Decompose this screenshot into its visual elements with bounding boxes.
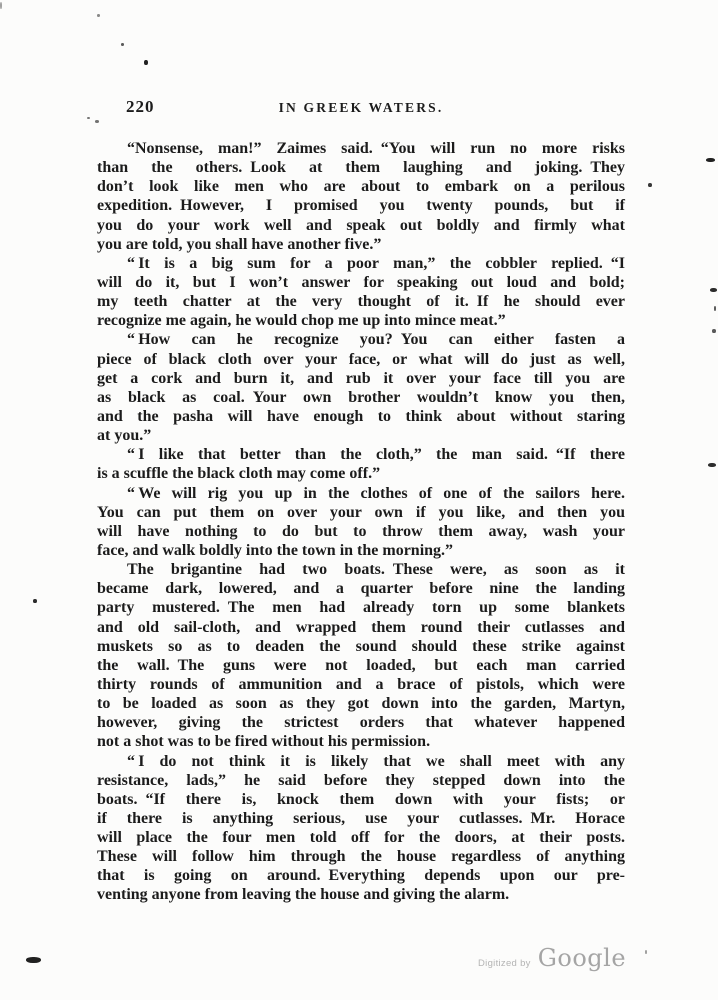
text-line: venting anyone from leaving the house an… bbox=[97, 885, 625, 904]
scan-speck bbox=[0, 2, 2, 9]
text-line: will place the four men told off for the… bbox=[97, 828, 625, 847]
text-line: if there is anything serious, use your c… bbox=[97, 809, 625, 828]
text-line: not a shot was to be fired without his p… bbox=[97, 732, 625, 751]
text-line: as black as coal. Your own brother would… bbox=[97, 388, 625, 407]
text-line: became dark, lowered, and a quarter befo… bbox=[97, 579, 625, 598]
text-line: will have nothing to do but to throw the… bbox=[97, 522, 625, 541]
text-line: These will follow him through the house … bbox=[97, 847, 625, 866]
text-line: will do it, but I won’t answer for speak… bbox=[97, 273, 625, 292]
running-title: IN GREEK WATERS. bbox=[97, 100, 625, 116]
scan-speck bbox=[121, 43, 124, 46]
text-line: you are told, you shall have another fiv… bbox=[97, 235, 625, 254]
text-line: at you.” bbox=[97, 426, 625, 445]
text-line: “ We will rig you up in the clothes of o… bbox=[97, 484, 625, 503]
text-line: is a scuffle the black cloth may come of… bbox=[97, 464, 625, 483]
text-line: and old sail-cloth, and wrapped them rou… bbox=[97, 618, 625, 637]
text-line: to be loaded as soon as they got down in… bbox=[97, 694, 625, 713]
page-text: “Nonsense, man!” Zaimes said. “You will … bbox=[97, 139, 625, 905]
text-line: the wall. The guns were not loaded, but … bbox=[97, 656, 625, 675]
scan-speck bbox=[26, 957, 41, 963]
text-line: The brigantine had two boats. These were… bbox=[97, 560, 625, 579]
scan-speck bbox=[97, 14, 100, 17]
text-line: “ How can he recognize you? You can eith… bbox=[97, 330, 625, 349]
text-line: “ It is a big sum for a poor man,” the c… bbox=[97, 254, 625, 273]
text-line: face, and walk boldly into the town in t… bbox=[97, 541, 625, 560]
text-line: get a cork and burn it, and rub it over … bbox=[97, 369, 625, 388]
text-line: “ I like that better than the cloth,” th… bbox=[97, 445, 625, 464]
text-line: and the pasha will have enough to think … bbox=[97, 407, 625, 426]
text-line: You can put them on over your own if you… bbox=[97, 503, 625, 522]
text-line: that is going on around. Everything depe… bbox=[97, 866, 625, 885]
scan-speck bbox=[33, 599, 37, 603]
text-line: don’t look like men who are about to emb… bbox=[97, 177, 625, 196]
digitized-by-label: Digitized by bbox=[478, 958, 531, 969]
scan-speck bbox=[95, 120, 99, 123]
text-line: than the others. Look at them laughing a… bbox=[97, 158, 625, 177]
google-logo: Google bbox=[538, 944, 626, 972]
text-line: you do your work well and speak out bold… bbox=[97, 216, 625, 235]
scan-speck bbox=[714, 306, 716, 311]
text-line: piece of black cloth over your face, or … bbox=[97, 350, 625, 369]
text-line: “ I do not think it is likely that we sh… bbox=[97, 752, 625, 771]
scan-speck bbox=[706, 158, 715, 162]
scan-speck bbox=[144, 60, 148, 65]
scan-speck bbox=[708, 463, 716, 467]
text-line: boats. “If there is, knock them down wit… bbox=[97, 790, 625, 809]
text-line: “Nonsense, man!” Zaimes said. “You will … bbox=[97, 139, 625, 158]
text-line: expedition. However, I promised you twen… bbox=[97, 196, 625, 215]
text-line: recognize me again, he would chop me up … bbox=[97, 311, 625, 330]
scan-speck bbox=[712, 329, 716, 333]
text-line: however, giving the strictest orders tha… bbox=[97, 713, 625, 732]
text-line: my teeth chatter at the very thought of … bbox=[97, 292, 625, 311]
scan-speck bbox=[710, 288, 717, 292]
text-line: thirty rounds of ammunition and a brace … bbox=[97, 675, 625, 694]
text-line: muskets so as to deaden the sound should… bbox=[97, 637, 625, 656]
book-page: 220 IN GREEK WATERS. “Nonsense, man!” Za… bbox=[0, 0, 718, 1000]
scan-speck bbox=[648, 183, 652, 187]
scan-speck bbox=[645, 950, 647, 954]
text-line: resistance, lads,” he said before they s… bbox=[97, 771, 625, 790]
text-line: party mustered. The men had already torn… bbox=[97, 598, 625, 617]
google-watermark: Digitized by Google bbox=[478, 944, 626, 972]
scan-speck bbox=[87, 117, 90, 119]
